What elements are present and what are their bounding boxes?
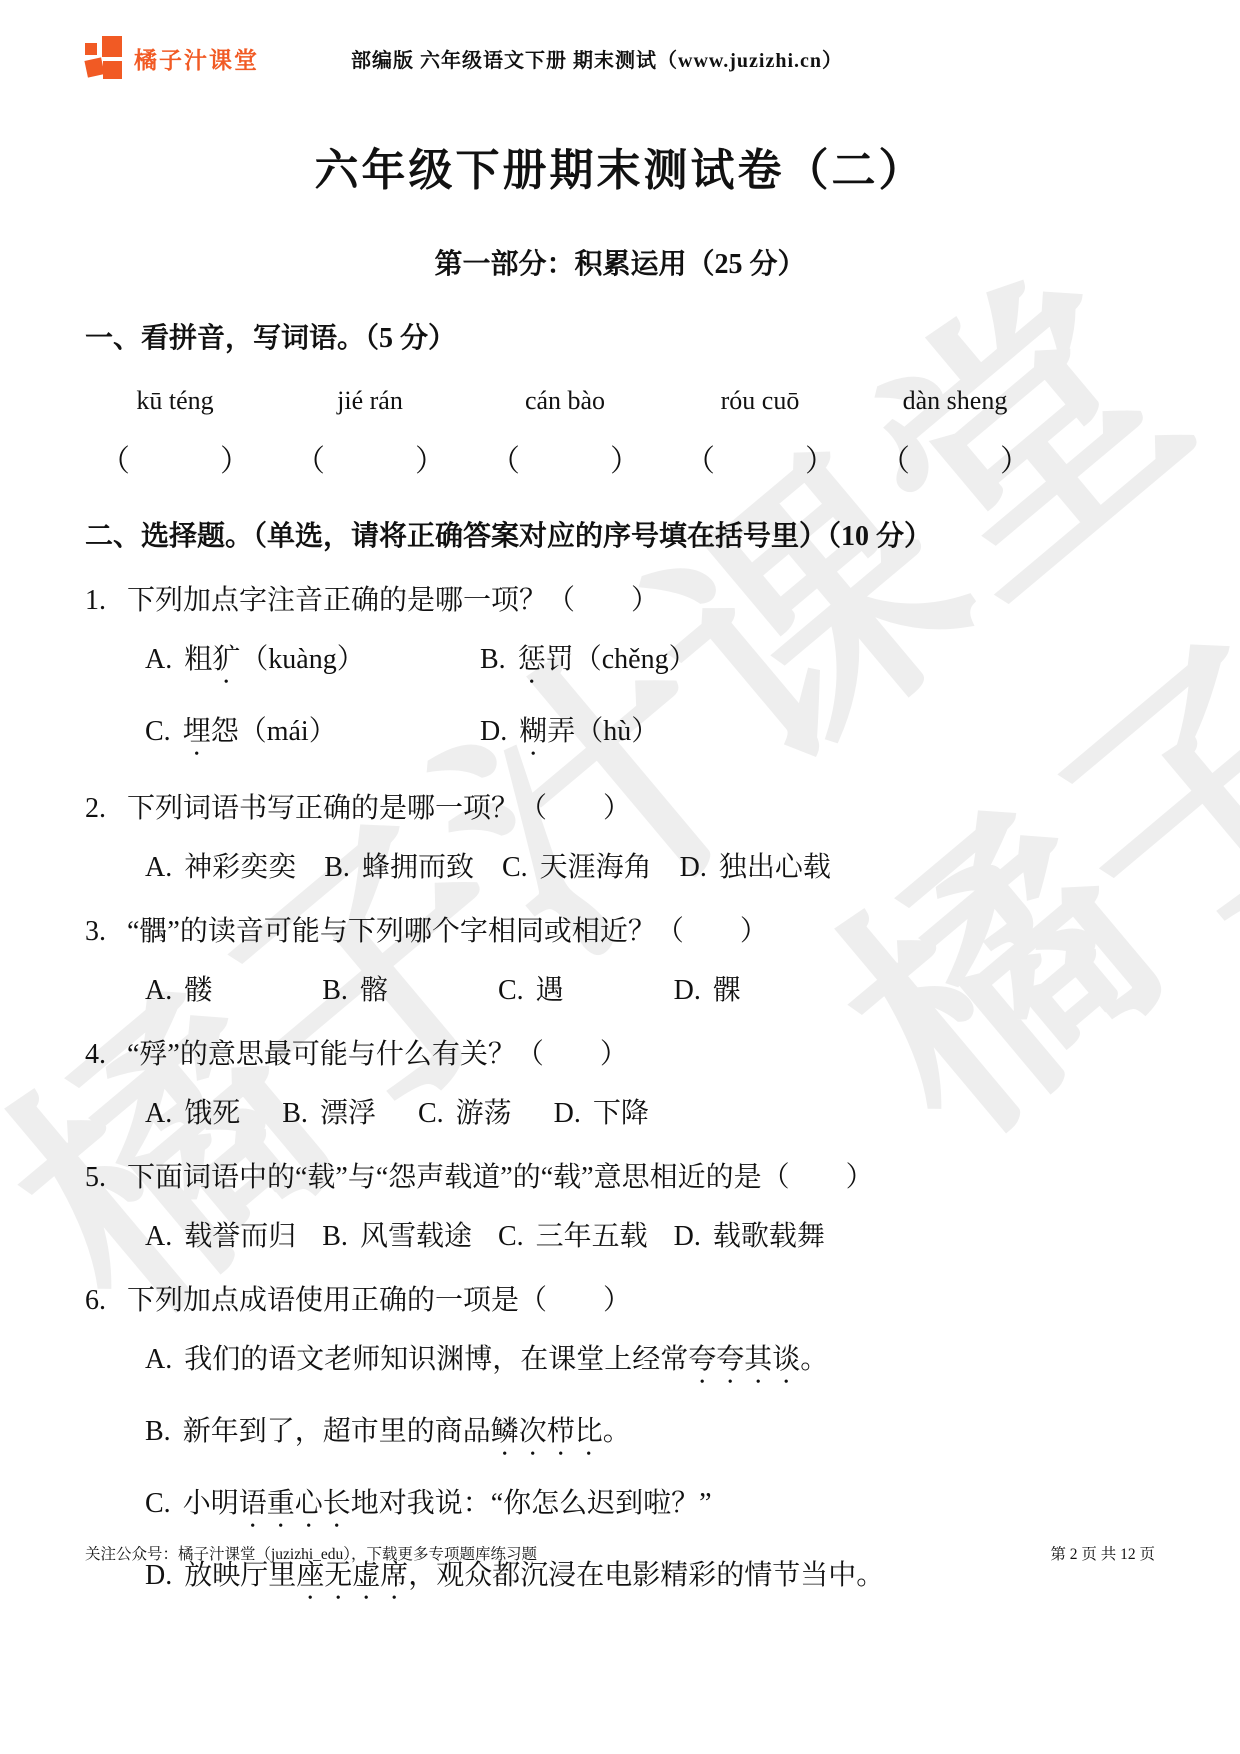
page-number: 第 2 页 共 12 页: [1050, 1542, 1155, 1564]
option-text: 髅: [184, 975, 212, 1006]
option-a: A.髅: [145, 968, 212, 1008]
option-label: B.: [145, 1416, 171, 1448]
exam-title: 六年级下册期末测试卷（二）: [0, 134, 1240, 198]
option-text: 载歌载舞: [713, 1221, 825, 1252]
answer-blank: （）: [490, 436, 640, 480]
emphasized-text: 语重心长: [239, 1488, 351, 1519]
option-label: C.: [498, 1221, 524, 1253]
option-label: B.: [324, 852, 350, 884]
option-label: D.: [145, 1560, 172, 1592]
option-d: D.独出心载: [680, 845, 831, 885]
option-d: D.糊弄（hù）: [480, 709, 775, 762]
pinyin-word: kū téng: [100, 386, 250, 416]
option-label: D.: [680, 852, 707, 884]
question-number: 3.: [85, 916, 127, 948]
part-one-heading: 第一部分：积累运用（25 分）: [0, 242, 1240, 282]
option-row: A.饿死B.漂浮C.游荡D.下降: [85, 1091, 1155, 1131]
question-4: 4.“殍”的意思最可能与什么有关？（ ）A.饿死B.漂浮C.游荡D.下降: [85, 1032, 1155, 1131]
pinyin-word: róu cuō: [685, 386, 835, 416]
question-number: 1.: [85, 585, 127, 617]
exam-page: 橘子汁课堂 橘子汁课堂 橘子汁课堂 部编版 六年级语文下册 期末测试（www.j…: [0, 0, 1240, 1754]
option-text: 放映厅里: [184, 1560, 296, 1591]
question-3: 3.“髃”的读音可能与下列哪个字相同或相近？（ ）A.髅B.髂C.遇D.髁: [85, 909, 1155, 1008]
question-stem: 3.“髃”的读音可能与下列哪个字相同或相近？（ ）: [85, 909, 1155, 949]
option-text: （kuàng）: [240, 644, 364, 675]
emphasized-text: 糊: [519, 716, 547, 747]
paren-close: ）: [1000, 436, 1030, 480]
option-text: 髂: [360, 975, 388, 1006]
option-text: 独出心载: [719, 852, 831, 883]
option-text: ，观众都沉浸在电影精彩的情节当中。: [408, 1560, 884, 1591]
logo-squares-icon: [85, 36, 125, 80]
option-text: 新年到了，超市里的商品: [183, 1416, 491, 1447]
option-text: 下降: [593, 1098, 649, 1129]
option-text: 髁: [713, 975, 741, 1006]
answer-blank: （）: [685, 436, 835, 480]
option-row: A.髅B.髂C.遇D.髁: [85, 968, 1155, 1008]
paren-close: ）: [805, 436, 835, 480]
option-text: 我们的语文老师知识渊博，在课堂上经常: [184, 1344, 688, 1375]
option-row: A.载誉而归B.风雪载途C.三年五载D.载歌载舞: [85, 1214, 1155, 1254]
page-header: 橘子汁课堂 部编版 六年级语文下册 期末测试（www.juzizhi.cn）: [0, 0, 1240, 80]
option-label: C.: [502, 852, 528, 884]
option-text: 载誉而归: [184, 1221, 296, 1252]
answer-blank-row: （）（）（）（）（）: [85, 436, 1155, 480]
option-label: D.: [674, 1221, 701, 1253]
question-5: 5.下面词语中的“载”与“怨声载道”的“载”意思相近的是（ ）A.载誉而归B.风…: [85, 1155, 1155, 1254]
paren-open: （: [880, 436, 910, 480]
option-text: 地对我说：“你怎么迟到啦？”: [351, 1488, 712, 1519]
option-label: A.: [145, 644, 172, 676]
exam-body: 一、看拼音，写词语。（5 分） kū téngjié ráncán bàoróu…: [0, 316, 1240, 1606]
option-c: C.小明语重心长地对我说：“你怎么迟到啦？”: [145, 1481, 712, 1534]
option-b: B.新年到了，超市里的商品鳞次栉比。: [145, 1409, 631, 1462]
option-label: C.: [145, 1488, 171, 1520]
option-text: 饿死: [184, 1098, 240, 1129]
paren-close: ）: [610, 436, 640, 480]
option-a: A.饿死: [145, 1091, 240, 1131]
option-row: C.埋怨（mái）D.糊弄（hù）: [85, 709, 1155, 762]
option-text: 遇: [536, 975, 564, 1006]
emphasized-text: 犷: [212, 644, 240, 675]
document-header-title: 部编版 六年级语文下册 期末测试（www.juzizhi.cn）: [351, 44, 843, 73]
option-a: A.我们的语文老师知识渊博，在课堂上经常夸夸其谈。: [145, 1337, 828, 1390]
paren-open: （: [685, 436, 715, 480]
option-c: C.遇: [498, 968, 564, 1008]
option-text: 。: [603, 1416, 631, 1447]
brand-name: 橘子汁课堂: [134, 42, 259, 75]
option-text: 弄: [547, 716, 575, 747]
question-stem: 4.“殍”的意思最可能与什么有关？（ ）: [85, 1032, 1155, 1072]
option-row: C.小明语重心长地对我说：“你怎么迟到啦？”: [85, 1481, 1155, 1534]
option-label: C.: [145, 716, 171, 748]
footer-note: 关注公众号：橘子汁课堂（juzizhi_edu），下载更多专项题库练习题: [85, 1542, 537, 1564]
pinyin-word: cán bào: [490, 386, 640, 416]
option-label: C.: [418, 1098, 444, 1130]
option-text: 天涯海角: [540, 852, 652, 883]
option-label: A.: [145, 852, 172, 884]
option-a: A.粗犷（kuàng）: [145, 637, 440, 690]
pinyin-row: kū téngjié ráncán bàoróu cuōdàn sheng: [85, 386, 1155, 416]
option-row: A.神彩奕奕B.蜂拥而致C.天涯海角D.独出心载: [85, 845, 1155, 885]
question-list: 1.下列加点字注音正确的是哪一项？（ ）A.粗犷（kuàng）B.惩罚（chěn…: [85, 578, 1155, 1606]
question-number: 6.: [85, 1285, 127, 1317]
option-text: 怨: [211, 716, 239, 747]
option-label: A.: [145, 975, 172, 1007]
answer-blank: （）: [880, 436, 1030, 480]
section-two-heading: 二、选择题。（单选，请将正确答案对应的序号填在括号里）（10 分）: [85, 514, 1155, 554]
option-text: 神彩奕奕: [184, 852, 296, 883]
answer-blank: （）: [100, 436, 250, 480]
option-text: 蜂拥而致: [362, 852, 474, 883]
option-row: A.我们的语文老师知识渊博，在课堂上经常夸夸其谈。: [85, 1337, 1155, 1390]
option-b: B.风雪载途: [322, 1214, 472, 1254]
page-footer: 关注公众号：橘子汁课堂（juzizhi_edu），下载更多专项题库练习题 第 2…: [85, 1542, 1155, 1564]
option-label: A.: [145, 1098, 172, 1130]
option-label: D.: [674, 975, 701, 1007]
pinyin-word: jié rán: [295, 386, 445, 416]
question-stem: 5.下面词语中的“载”与“怨声载道”的“载”意思相近的是（ ）: [85, 1155, 1155, 1195]
emphasized-text: 鳞次栉比: [491, 1416, 603, 1447]
option-row: A.粗犷（kuàng）B.惩罚（chěng）: [85, 637, 1155, 690]
paren-open: （: [295, 436, 325, 480]
emphasized-text: 夸夸其谈: [688, 1344, 800, 1375]
answer-blank: （）: [295, 436, 445, 480]
option-c: C.天涯海角: [502, 845, 652, 885]
option-row: B.新年到了，超市里的商品鳞次栉比。: [85, 1409, 1155, 1462]
option-text: 漂浮: [320, 1098, 376, 1129]
emphasized-text: 埋: [183, 716, 211, 747]
paren-open: （: [100, 436, 130, 480]
option-text: 小明: [183, 1488, 239, 1519]
option-c: C.埋怨（mái）: [145, 709, 440, 762]
option-b: B.蜂拥而致: [324, 845, 474, 885]
question-stem: 1.下列加点字注音正确的是哪一项？（ ）: [85, 578, 1155, 618]
paren-close: ）: [220, 436, 250, 480]
option-text: 游荡: [456, 1098, 512, 1129]
question-stem: 6.下列加点成语使用正确的一项是（ ）: [85, 1278, 1155, 1318]
option-label: C.: [498, 975, 524, 1007]
option-c: C.三年五载: [498, 1214, 648, 1254]
brand-logo: 橘子汁课堂: [85, 36, 259, 80]
option-a: A.载誉而归: [145, 1214, 296, 1254]
option-text: 风雪载途: [360, 1221, 472, 1252]
emphasized-text: 座无虚席: [296, 1560, 408, 1591]
option-text: 罚: [546, 644, 574, 675]
option-b: B.髂: [322, 968, 388, 1008]
option-label: B.: [480, 644, 506, 676]
question-1: 1.下列加点字注音正确的是哪一项？（ ）A.粗犷（kuàng）B.惩罚（chěn…: [85, 578, 1155, 762]
option-label: A.: [145, 1344, 172, 1376]
question-stem: 2.下列词语书写正确的是哪一项？（ ）: [85, 786, 1155, 826]
option-d: D.载歌载舞: [674, 1214, 825, 1254]
option-label: B.: [322, 1221, 348, 1253]
option-d: D.下降: [554, 1091, 649, 1131]
option-text: （chěng）: [574, 644, 697, 675]
option-text: 三年五载: [536, 1221, 648, 1252]
option-text: （hù）: [575, 716, 659, 747]
paren-close: ）: [415, 436, 445, 480]
pinyin-word: dàn sheng: [880, 386, 1030, 416]
option-c: C.游荡: [418, 1091, 512, 1131]
question-2: 2.下列词语书写正确的是哪一项？（ ）A.神彩奕奕B.蜂拥而致C.天涯海角D.独…: [85, 786, 1155, 885]
option-text: 粗: [184, 644, 212, 675]
option-text: （mái）: [239, 716, 337, 747]
question-number: 2.: [85, 793, 127, 825]
option-d: D.髁: [674, 968, 741, 1008]
emphasized-text: 惩: [518, 644, 546, 675]
question-number: 5.: [85, 1162, 127, 1194]
option-b: B.惩罚（chěng）: [480, 637, 775, 690]
option-label: A.: [145, 1221, 172, 1253]
option-label: B.: [282, 1098, 308, 1130]
option-b: B.漂浮: [282, 1091, 376, 1131]
option-text: 。: [800, 1344, 828, 1375]
question-number: 4.: [85, 1039, 127, 1071]
paren-open: （: [490, 436, 520, 480]
option-label: D.: [480, 716, 507, 748]
option-label: B.: [322, 975, 348, 1007]
section-one-heading: 一、看拼音，写词语。（5 分）: [85, 316, 1155, 356]
option-a: A.神彩奕奕: [145, 845, 296, 885]
option-label: D.: [554, 1098, 581, 1130]
